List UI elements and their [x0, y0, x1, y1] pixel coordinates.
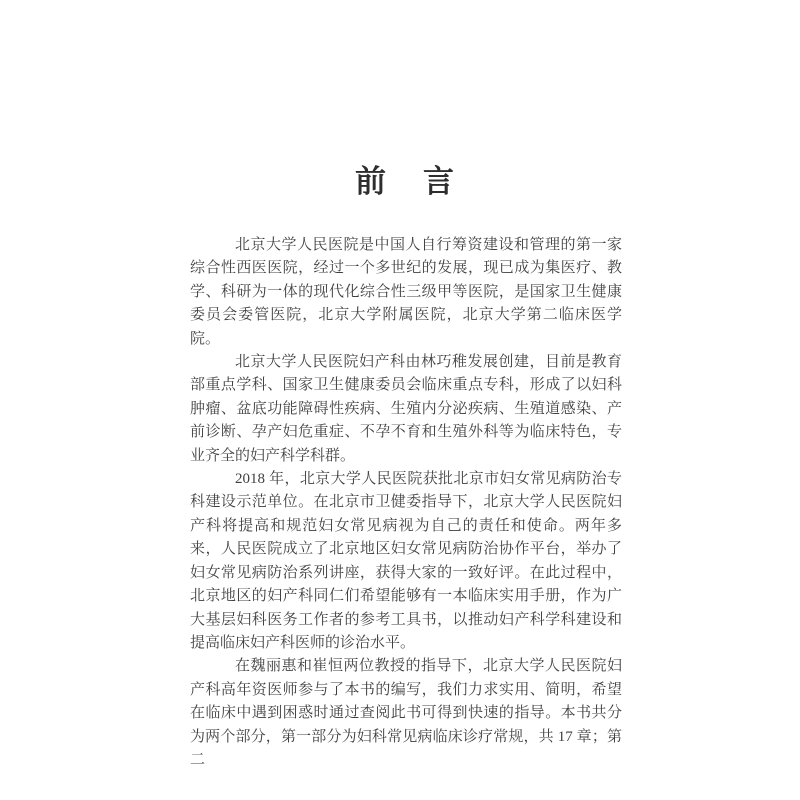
preface-paragraph-1: 北京大学人民医院是中国人自行筹资建设和管理的第一家综合性西医医院，经过一个多世纪… [190, 234, 622, 351]
preface-body: 北京大学人民医院是中国人自行筹资建设和管理的第一家综合性西医医院，经过一个多世纪… [190, 234, 622, 772]
preface-paragraph-4: 在魏丽惠和崔恒两位教授的指导下，北京大学人民医院妇产科高年资医师参与了本书的编写… [190, 655, 622, 772]
preface-paragraph-2: 北京大学人民医院妇产科由林巧稚发展创建，目前是教育部重点学科、国家卫生健康委员会… [190, 351, 622, 468]
preface-paragraph-3: 2018 年，北京大学人民医院获批北京市妇女常见病防治专科建设示范单位。在北京市… [190, 468, 622, 655]
book-page: 前 言 北京大学人民医院是中国人自行筹资建设和管理的第一家综合性西医医院，经过一… [0, 0, 800, 800]
preface-title: 前 言 [190, 156, 622, 201]
